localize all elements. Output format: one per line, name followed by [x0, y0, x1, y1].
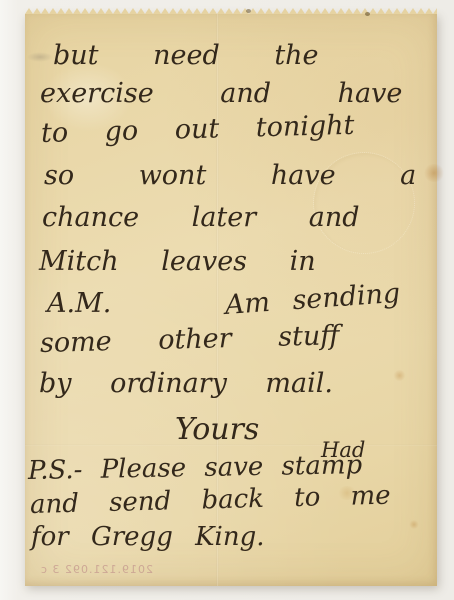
letter-line-7-am-sending: Am sending — [224, 278, 401, 321]
letter-line-2: exercise and have — [40, 78, 402, 109]
letter-line-4: so wont have a — [44, 160, 416, 191]
letter-line-8: some other stuff — [40, 320, 340, 359]
postscript-line-2: and send back to me — [30, 481, 391, 520]
letter-line-5: chance later and — [42, 202, 360, 233]
signature-closing: Yours — [175, 412, 259, 447]
accession-number-mirrored: 2019.121.092 3 c — [40, 563, 153, 576]
foxing-stain — [409, 520, 419, 529]
postscript-line-1: P.S.- Please save stamp — [28, 450, 363, 486]
letter-paper: but need the exercise and have to go out… — [25, 14, 437, 586]
torn-perforated-edge — [25, 8, 437, 14]
letter-line-6: Mitch leaves in — [39, 246, 316, 277]
pencil-smudge — [27, 52, 53, 62]
foxing-stain — [393, 370, 406, 381]
ink-speck — [246, 9, 251, 13]
letter-line-1: but need the — [53, 40, 319, 71]
ink-speck — [365, 12, 370, 16]
letter-line-9: by ordinary mail. — [39, 368, 333, 399]
postscript-line-3: for Gregg King. — [31, 522, 265, 552]
letter-line-7-am: A.M. — [47, 288, 111, 319]
scanned-letter-photo: but need the exercise and have to go out… — [0, 0, 454, 600]
foxing-stain — [423, 164, 445, 182]
